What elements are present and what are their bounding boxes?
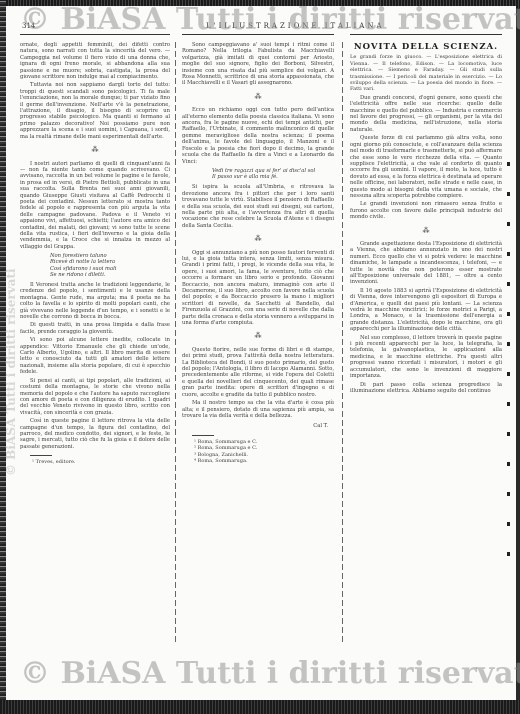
footnote-rule	[192, 435, 214, 436]
col2-paragraph: Oggi si annunziano a più non posso fauto…	[182, 250, 334, 327]
col3-paragraph: Di pari passo colla scienza progredisce …	[350, 382, 502, 395]
section-separator-star: ⁂	[350, 228, 502, 234]
verse-line: Il passo sur è alla mia fé.	[212, 174, 334, 180]
page-number: 314	[22, 22, 35, 30]
col1-paragraph: I nostri autori parliamo di quelli di ci…	[20, 161, 170, 251]
section-summary: Le grandi forze in giuoco. — L'esposizio…	[350, 54, 502, 92]
col1-verse: Non forestiero taluno Ricevè di notte la…	[50, 253, 170, 278]
col3-paragraph: Le grandi invenzioni non rimasero senza …	[350, 201, 502, 220]
col2-paragraph: Ecco un richiamo oggi con tutto pero del…	[182, 107, 334, 165]
header-rule-left	[20, 34, 170, 35]
scan-border-bottom	[0, 700, 520, 714]
column-2: Sono campeggiavano a' suoi tempi i ritmi…	[182, 42, 334, 662]
header-rule-center	[182, 34, 334, 35]
column-divider-1	[175, 42, 176, 642]
col1-paragraph: Così in queste pagine il lettore ritrova…	[20, 418, 170, 450]
col2-paragraph: Ma il nostro tempo sa che la vita d'arte…	[182, 400, 334, 419]
binding-marks	[507, 136, 510, 556]
section-separator-star: ⁂	[20, 147, 170, 153]
col1-paragraph: Vi sono poi alcune lettere inedite, coll…	[20, 337, 170, 375]
column-3: NOVITÀ DELLA SCIENZA. Le grandi forze in…	[350, 42, 502, 647]
column-1: ornate, degli appetiti femminili, dei di…	[20, 42, 170, 662]
watermark-top: © BiASA Tutti i diritti riservati	[20, 2, 520, 37]
col2-paragraph: Sono campeggiavano a' suoi tempi i ritmi…	[182, 42, 334, 87]
col2-signature: Cal T.	[182, 423, 328, 429]
col1-footnote: ¹ Treves, editore.	[32, 459, 170, 465]
watermark-side: © BiASA Tutti i diritti riservati	[4, 268, 18, 476]
col3-paragraph: Nel suo complesso, il lettore troverà in…	[350, 335, 502, 380]
section-title: NOVITÀ DELLA SCIENZA.	[350, 44, 502, 50]
verse-line: Se ne ridono i diletti.	[50, 272, 170, 278]
section-separator-star: ⁂	[182, 94, 334, 100]
section-separator-star: ⁂	[182, 236, 334, 242]
col3-paragraph: Queste forze di cui parlammo già altra v…	[350, 135, 502, 199]
col3-paragraph: Grande aspettazione desta l'Esposizione …	[350, 241, 502, 286]
newspaper-page: 314 L'ILLUSTRAZIONE ITALIANA ornate, deg…	[6, 6, 516, 700]
col2-verse: Vedi tre ragazzi qua si fer' ai disc'al …	[212, 168, 334, 180]
col2-footnote: ⁴ Roma, Sommaruga.	[194, 458, 334, 464]
col3-paragraph: Il 16 agosto 1883 si aprirà l'Esposizion…	[350, 288, 502, 333]
running-title: L'ILLUSTRAZIONE ITALIANA	[206, 22, 385, 30]
col3-paragraph: Due grandi concorsi, d'ogni genere, sono…	[350, 95, 502, 133]
footnote-rule	[30, 455, 52, 456]
section-separator-star: ⁂	[182, 333, 334, 339]
column-divider-2	[342, 42, 343, 642]
header-rule-right	[350, 34, 502, 35]
col2-paragraph: Si ispira la scuola all'Umbria, e ritrov…	[182, 184, 334, 229]
col1-paragraph: Tuttavia noi non sappiamo dargli torto d…	[20, 82, 170, 140]
col1-paragraph: Si pensi ai canti, ai tipi popolari, all…	[20, 378, 170, 416]
col1-paragraph: Di questi tratti, in una prosa limpida e…	[20, 322, 170, 335]
col1-paragraph: Il Veronesi tratta anche le tradizioni l…	[20, 282, 170, 320]
col1-paragraph: ornate, degli appetiti femminili, dei di…	[20, 42, 170, 80]
col2-paragraph: Questo fiorire, nelle sue forme di libri…	[182, 347, 334, 398]
